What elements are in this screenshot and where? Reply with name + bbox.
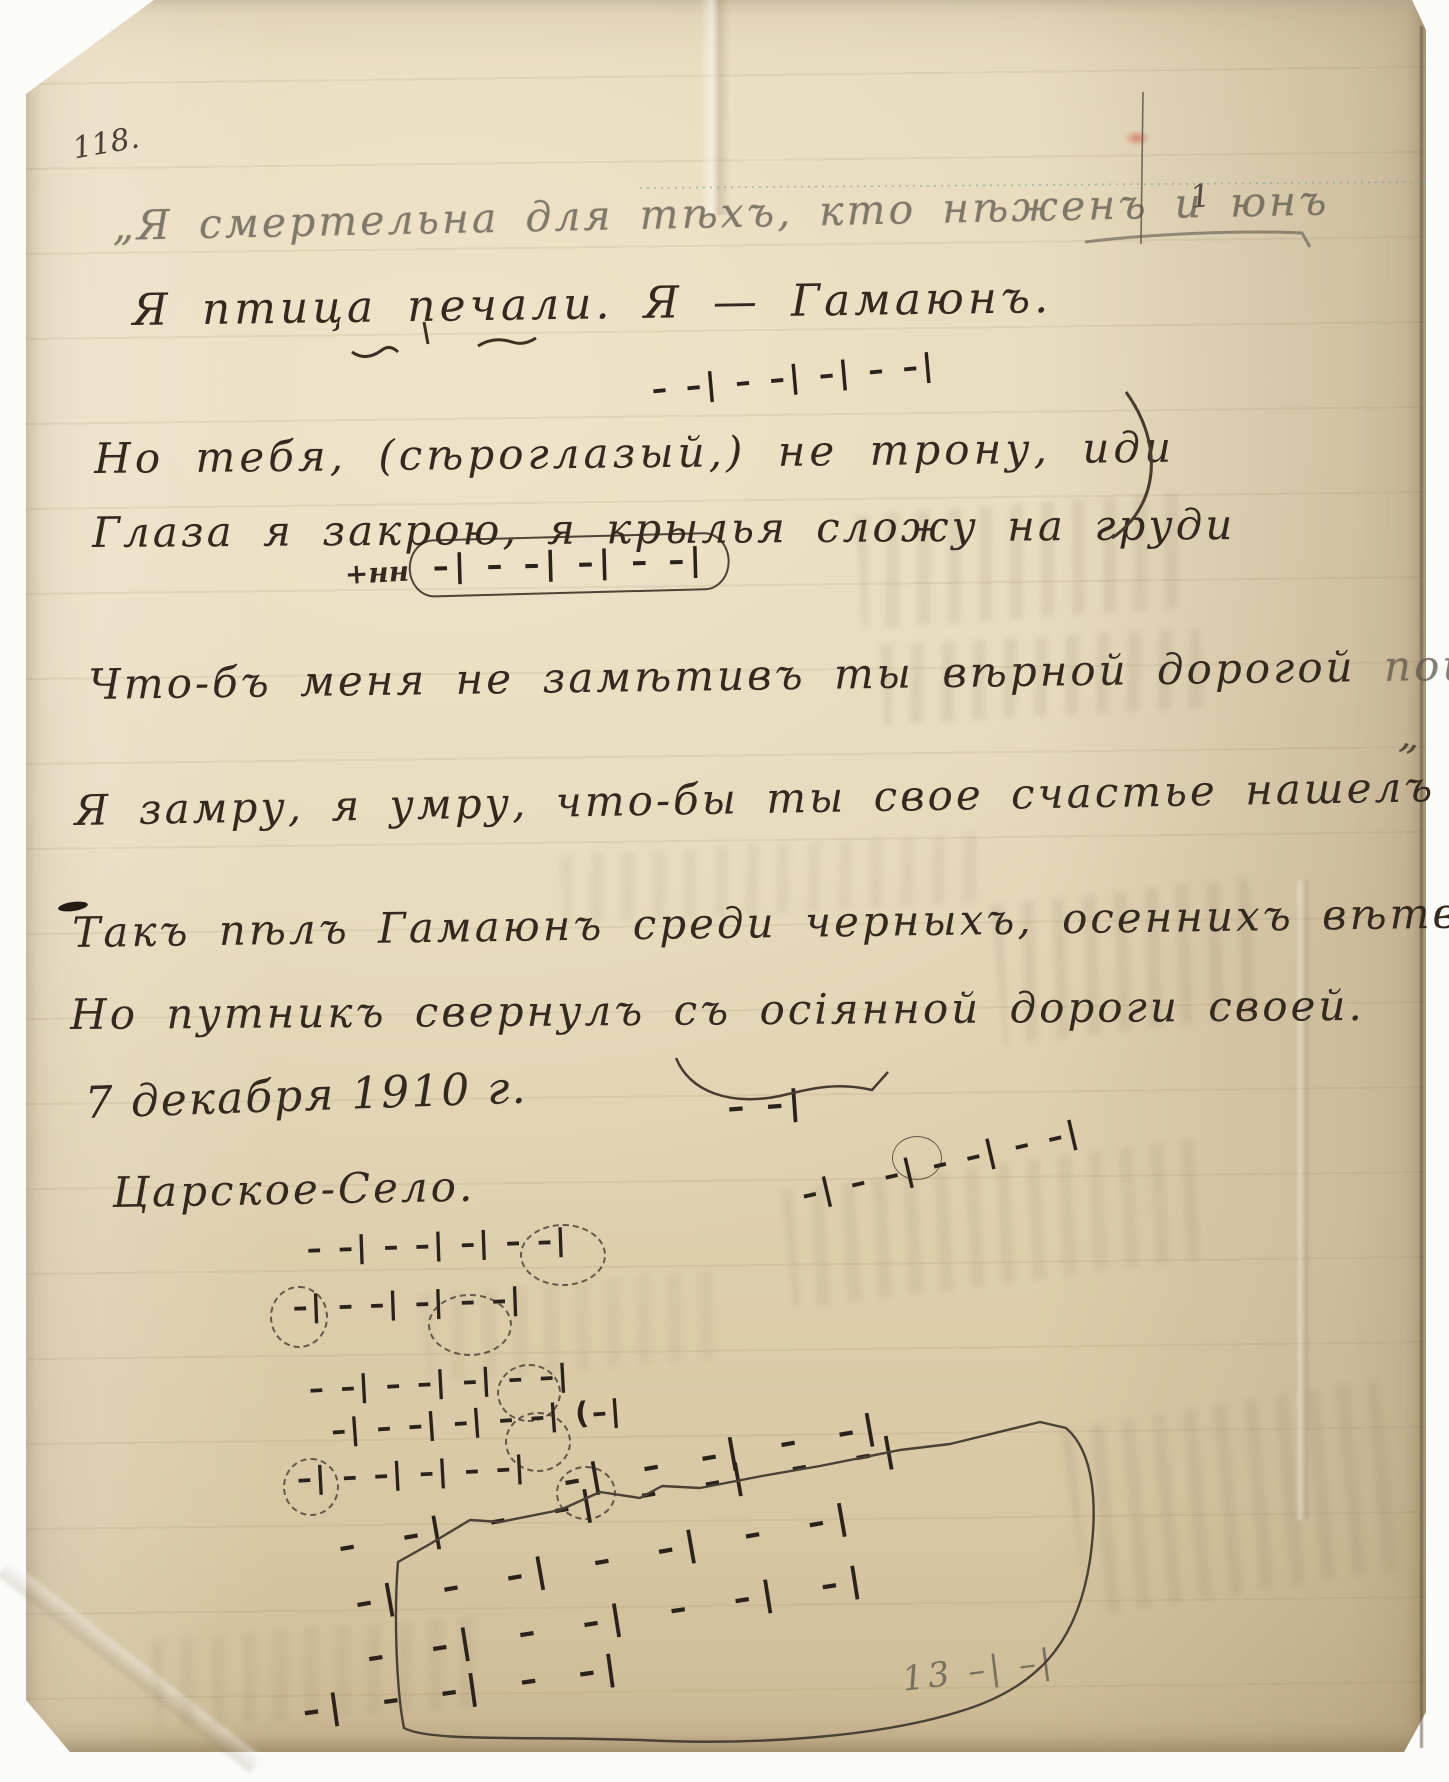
poem-line-8: Но путникъ свернулъ съ осіянной дороги с…: [70, 981, 1365, 1039]
insertion-note: +нн: [344, 555, 410, 591]
colophon-place: Царское-Село.: [112, 1162, 476, 1217]
scansion-near-date: – –|: [726, 1083, 807, 1128]
scansion-box: –| – –| –| – –|: [408, 532, 731, 598]
poem-line-5-faded-word: пошелъ: [1384, 639, 1449, 691]
red-pencil-smudge: [1124, 130, 1150, 146]
manuscript-scan: 118. 1 „Я смертельна для тѣхъ, кто нѣжен…: [0, 0, 1449, 1782]
scansion-line-boxed: –| – –| –| – –|: [432, 540, 706, 585]
paper-right-edge: [1420, 26, 1423, 1748]
